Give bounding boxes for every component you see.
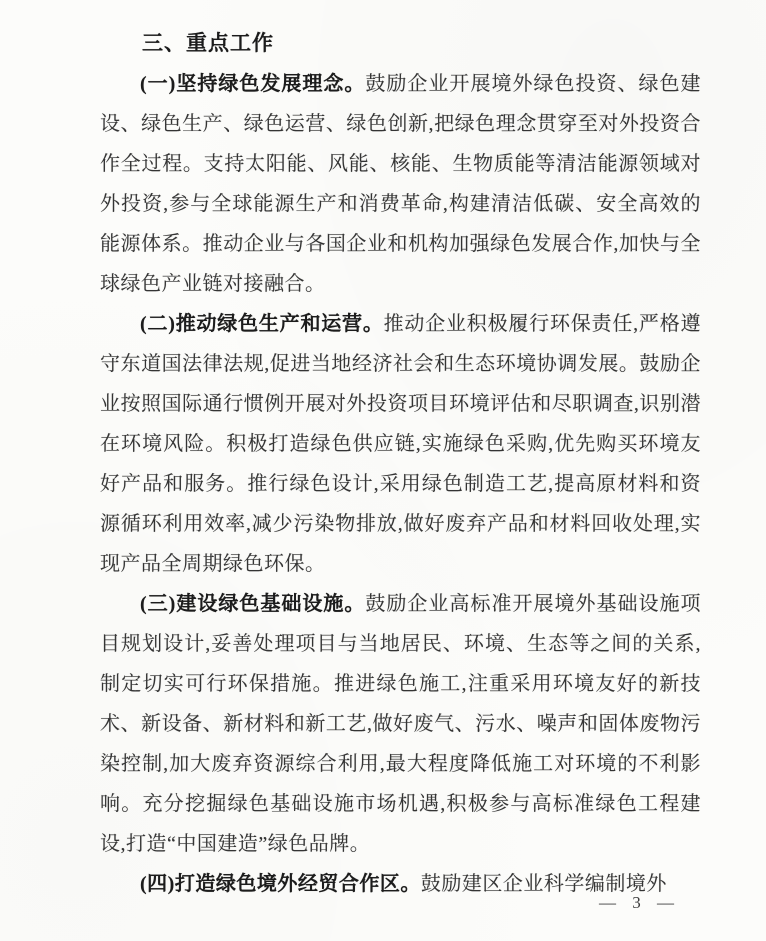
paragraph-3: (三)建设绿色基础设施。鼓励企业高标准开展境外基础设施项目规划设计,妥善处理项目… [100,584,701,864]
paragraph-2: (二)推动绿色生产和运营。推动企业积极履行环保责任,严格遵守东道国法律法规,促进… [100,304,701,584]
paragraph-3-text: 鼓励企业高标准开展境外基础设施项目规划设计,妥善处理项目与当地居民、环境、生态等… [100,593,701,855]
paragraph-4-lead: (四)打造绿色境外经贸合作区。 [140,873,421,895]
document-body: 三、重点工作 (一)坚持绿色发展理念。鼓励企业开展境外绿色投资、绿色建设、绿色生… [100,24,701,904]
paragraph-1-lead: (一)坚持绿色发展理念。 [140,73,365,95]
paragraph-1: (一)坚持绿色发展理念。鼓励企业开展境外绿色投资、绿色建设、绿色生产、绿色运营、… [100,64,701,304]
paragraph-4-text: 鼓励建区企业科学编制境外 [421,873,667,895]
paragraph-3-lead: (三)建设绿色基础设施。 [140,593,365,615]
paragraph-2-lead: (二)推动绿色生产和运营。 [140,313,384,335]
paragraph-1-text: 鼓励企业开展境外绿色投资、绿色建设、绿色生产、绿色运营、绿色创新,把绿色理念贯穿… [100,73,701,295]
page-number: — 3 — [599,893,680,913]
paragraph-2-text: 推动企业积极履行环保责任,严格遵守东道国法律法规,促进当地经济社会和生态环境协调… [100,313,701,575]
scanned-document-page: 三、重点工作 (一)坚持绿色发展理念。鼓励企业开展境外绿色投资、绿色建设、绿色生… [0,0,766,941]
section-heading: 三、重点工作 [100,24,701,64]
